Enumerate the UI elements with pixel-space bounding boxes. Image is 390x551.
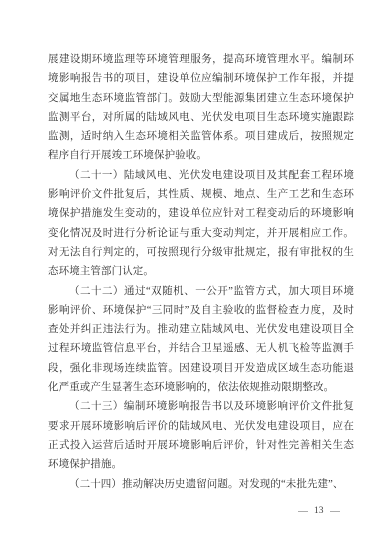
paragraph-continuation: 展建设期环境监理等环境管理服务，提高环境管理水平。编制环境影响报告书的项目，建设… [48, 50, 354, 166]
page-number-dash-right [330, 511, 340, 512]
paragraph-item-24: （二十四）推动解决历史遗留问题。对发现的“未批先建”、 [48, 475, 354, 494]
text-block: 展建设期环境监理等环境管理服务，提高环境管理水平。编制环境影响报告书的项目，建设… [48, 50, 354, 494]
page-number-value: 13 [314, 505, 324, 517]
document-page: 展建设期环境监理等环境管理服务，提高环境管理水平。编制环境影响报告书的项目，建设… [0, 0, 390, 551]
paragraph-item-23: （二十三）编制环境影响报告书以及环境影响评价文件批复要求开展环境影响后评价的陆域… [48, 397, 354, 474]
paragraph-item-22: （二十二）通过“双随机、一公开”监管方式，加大项目环境影响评价、环境保护“三同时… [48, 282, 354, 398]
paragraph-item-21: （二十一）陆域风电、光伏发电建设项目及其配套工程环境影响评价文件批复后，其性质、… [48, 166, 354, 282]
page-number: 13 [298, 505, 340, 517]
page-number-dash-left [298, 511, 308, 512]
